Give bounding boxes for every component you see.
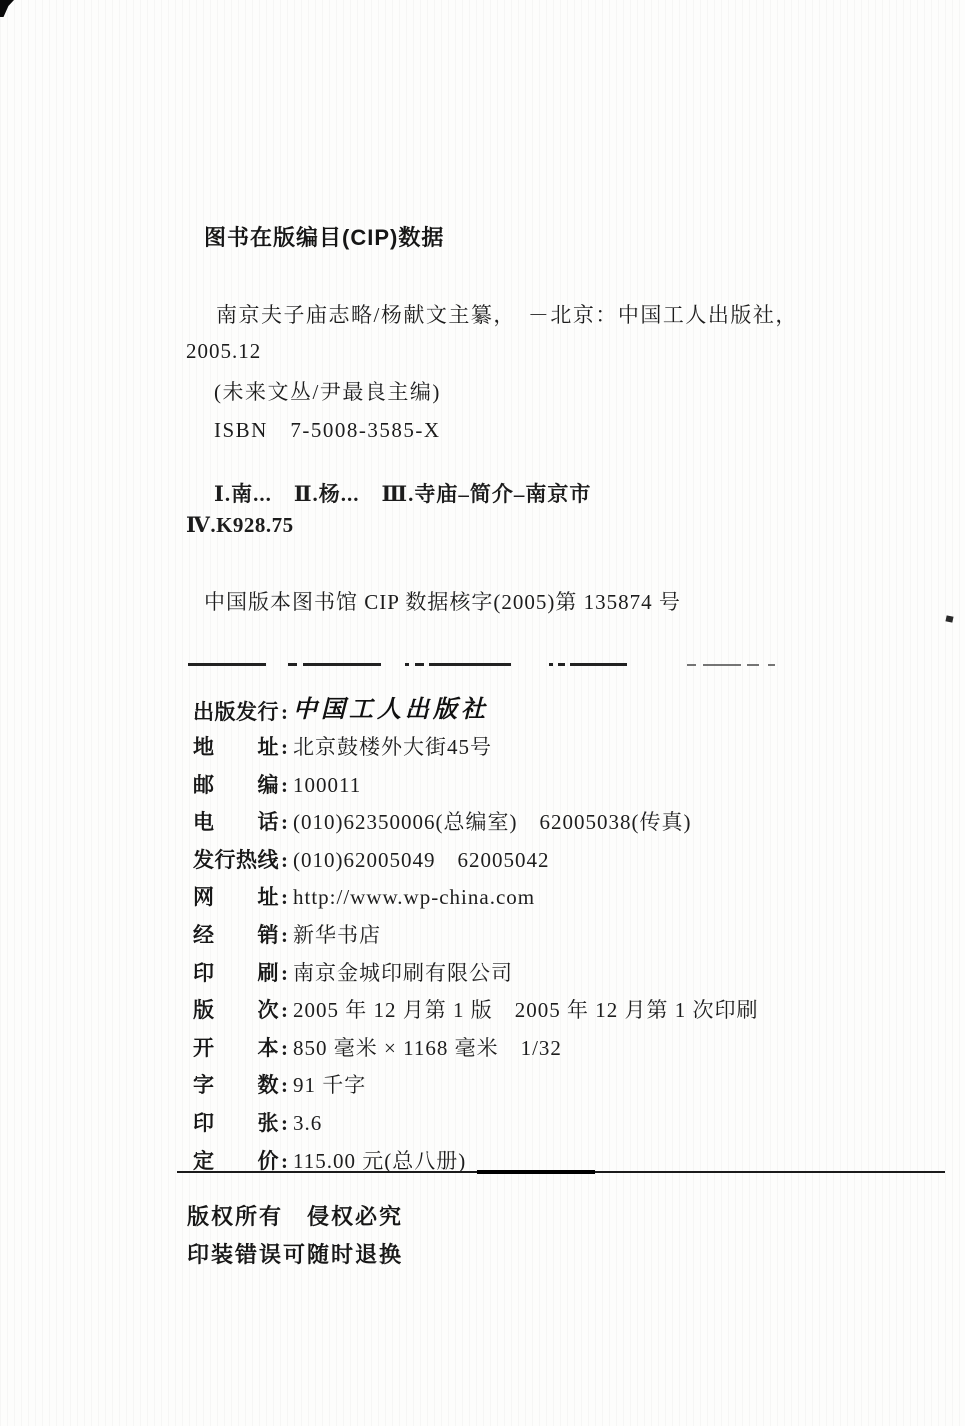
publisher-name-script: 中国工人出版社 <box>293 694 489 723</box>
row-label: 经 销 <box>193 918 281 955</box>
classification-line: Ⅰ.南... Ⅱ.杨... Ⅲ.寺庙–简介–南京市 <box>214 478 591 508</box>
series-note: (未来文丛/尹最良主编) <box>214 376 441 406</box>
copyright-notice: 版权所有 侵权必究 <box>187 1200 403 1231</box>
label-separator: : <box>281 729 288 766</box>
row-value: http://www.wp-china.com <box>293 885 535 909</box>
cip-header: 图书在版编目(CIP)数据 <box>204 221 444 252</box>
row-label: 版 次 <box>193 993 281 1030</box>
row-value: 850 毫米 × 1168 毫米 1/32 <box>293 1036 562 1060</box>
label-separator: : <box>281 804 288 841</box>
cip-record-line: 中国版本图书馆 CIP 数据核字(2005)第 135874 号 <box>204 586 681 616</box>
returns-notice: 印装错误可随时退换 <box>187 1238 403 1269</box>
row-value: 100011 <box>293 773 361 797</box>
colophon-row-address: 地 址:北京鼓楼外大街45号 <box>193 729 759 767</box>
label-separator: : <box>281 1143 288 1180</box>
row-label: 发行热线 <box>193 843 281 880</box>
colophon-row-price: 定 价:115.00 元(总八册) <box>193 1143 759 1181</box>
scan-smudge <box>477 1170 595 1174</box>
label-separator: : <box>281 917 288 954</box>
row-label: 网 址 <box>193 880 281 917</box>
colophon-row-wordcount: 字 数:91 千字 <box>193 1067 759 1105</box>
colophon-row-distributor: 经 销:新华书店 <box>193 917 759 955</box>
colophon-row-printer: 印 刷:南京金城印刷有限公司 <box>193 955 759 993</box>
cip-entry-line2: 2005.12 <box>186 339 261 364</box>
colophon-row-format: 开 本:850 毫米 × 1168 毫米 1/32 <box>193 1030 759 1068</box>
colophon-rows: 地 址:北京鼓楼外大街45号 邮 编:100011 电 话:(010)62350… <box>193 729 759 1180</box>
dashed-divider <box>188 663 775 666</box>
label-separator: : <box>281 842 288 879</box>
colophon-row-edition: 版 次:2005 年 12 月第 1 版 2005 年 12 月第 1 次印刷 <box>193 992 759 1030</box>
row-value: 91 千字 <box>293 1073 366 1097</box>
row-label: 印 刷 <box>193 956 281 993</box>
row-label: 定 价 <box>193 1144 281 1181</box>
scan-edge-speck <box>945 615 953 622</box>
row-label: 印 张 <box>193 1106 281 1143</box>
label-separator: : <box>281 700 288 725</box>
bottom-rule <box>177 1171 945 1173</box>
label-separator: : <box>281 955 288 992</box>
colophon-row-hotline: 发行热线:(010)62005049 62005042 <box>193 842 759 880</box>
cip-entry-line1: 南京夫子庙志略/杨献文主纂， －北京：中国工人出版社， <box>216 299 798 329</box>
row-label: 开 本 <box>193 1031 281 1068</box>
label-separator: : <box>281 879 288 916</box>
row-value: 3.6 <box>293 1111 322 1135</box>
scan-corner-artifact <box>0 0 14 17</box>
publisher-row: 出版发行:中国工人出版社 <box>193 691 489 726</box>
colophon-row-phone: 电 话:(010)62350006(总编室) 62005038(传真) <box>193 804 759 842</box>
row-value: 南京金城印刷有限公司 <box>293 961 513 985</box>
row-value: 新华书店 <box>293 923 381 947</box>
row-value: 2005 年 12 月第 1 版 2005 年 12 月第 1 次印刷 <box>293 998 759 1022</box>
isbn-line: ISBN 7-5008-3585-X <box>214 414 441 444</box>
label-separator: : <box>281 1067 288 1104</box>
row-label: 邮 编 <box>193 768 281 805</box>
row-value: 115.00 元(总八册) <box>293 1149 466 1173</box>
label-separator: : <box>281 1030 288 1067</box>
row-value: (010)62005049 62005042 <box>293 848 550 872</box>
colophon-row-postcode: 邮 编:100011 <box>193 767 759 805</box>
row-value: 北京鼓楼外大街45号 <box>293 735 492 759</box>
colophon-row-sheets: 印 张:3.6 <box>193 1105 759 1143</box>
publisher-label: 出版发行 <box>193 696 281 726</box>
label-separator: : <box>281 992 288 1029</box>
classification-line2: Ⅳ.K928.75 <box>186 512 294 538</box>
label-separator: : <box>281 1105 288 1142</box>
row-label: 电 话 <box>193 805 281 842</box>
row-label: 字 数 <box>193 1068 281 1105</box>
row-label: 地 址 <box>193 730 281 767</box>
label-separator: : <box>281 767 288 804</box>
colophon-row-website: 网 址:http://www.wp-china.com <box>193 879 759 917</box>
row-value: (010)62350006(总编室) 62005038(传真) <box>293 810 691 834</box>
